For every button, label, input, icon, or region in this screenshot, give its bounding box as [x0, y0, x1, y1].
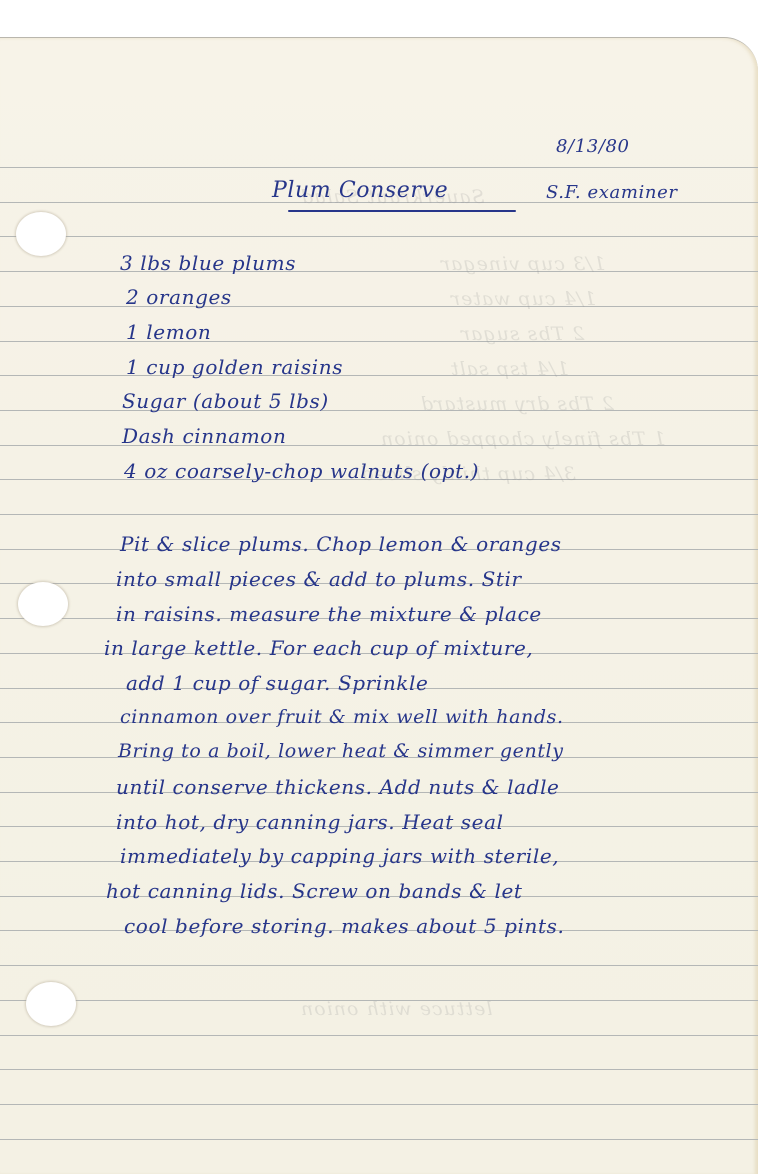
- punch-hole-bottom: [26, 982, 76, 1026]
- direction-line: hot canning lids. Screw on bands & let: [106, 879, 523, 903]
- ingredient-item: 1 cup golden raisins: [126, 355, 343, 379]
- direction-line: immediately by capping jars with sterile…: [120, 844, 559, 868]
- ruled-line: [0, 375, 758, 376]
- ruled-line: [0, 167, 758, 168]
- direction-line: Bring to a boil, lower heat & simmer gen…: [118, 740, 564, 762]
- punch-hole-top: [16, 212, 66, 256]
- ingredient-item: 4 oz coarsely-chop walnuts (opt.): [124, 459, 479, 483]
- ruled-line: [0, 965, 758, 966]
- ruled-line: [0, 306, 758, 307]
- ingredient-item: 3 lbs blue plums: [120, 251, 296, 275]
- ruled-line: [0, 410, 758, 411]
- recipe-date: 8/13/80: [556, 136, 630, 157]
- ruled-line: [0, 1035, 758, 1036]
- direction-line: in large kettle. For each cup of mixture…: [104, 636, 533, 660]
- recipe-source: S.F. examiner: [546, 182, 678, 203]
- recipe-title: Plum Conserve: [272, 178, 448, 203]
- direction-line: into hot, dry canning jars. Heat seal: [116, 810, 504, 834]
- direction-line: cool before storing. makes about 5 pints…: [124, 914, 565, 938]
- direction-line: into small pieces & add to plums. Stir: [116, 567, 522, 591]
- ruled-line: [0, 341, 758, 342]
- ruled-line: [0, 1104, 758, 1105]
- ingredient-item: Sugar (about 5 lbs): [122, 389, 329, 413]
- direction-line: in raisins. measure the mixture & place: [116, 602, 542, 626]
- punch-hole-middle: [18, 582, 68, 626]
- direction-line: Pit & slice plums. Chop lemon & oranges: [120, 532, 562, 556]
- ingredient-item: 1 lemon: [126, 320, 211, 344]
- title-underline: [288, 210, 516, 212]
- ruled-line: [0, 514, 758, 515]
- direction-line: until conserve thickens. Add nuts & ladl…: [116, 775, 560, 799]
- ruled-line: [0, 236, 758, 237]
- direction-line: cinnamon over fruit & mix well with hand…: [120, 706, 564, 728]
- ruled-line: [0, 1139, 758, 1140]
- ruled-line: [0, 1069, 758, 1070]
- ingredient-item: 2 oranges: [126, 285, 232, 309]
- notebook-page: Sauerkraut Salad 1/3 cup vinegar 1/4 cup…: [0, 37, 758, 1174]
- direction-line: add 1 cup of sugar. Sprinkle: [126, 671, 428, 695]
- ingredient-item: Dash cinnamon: [122, 424, 286, 448]
- ruled-line: [0, 271, 758, 272]
